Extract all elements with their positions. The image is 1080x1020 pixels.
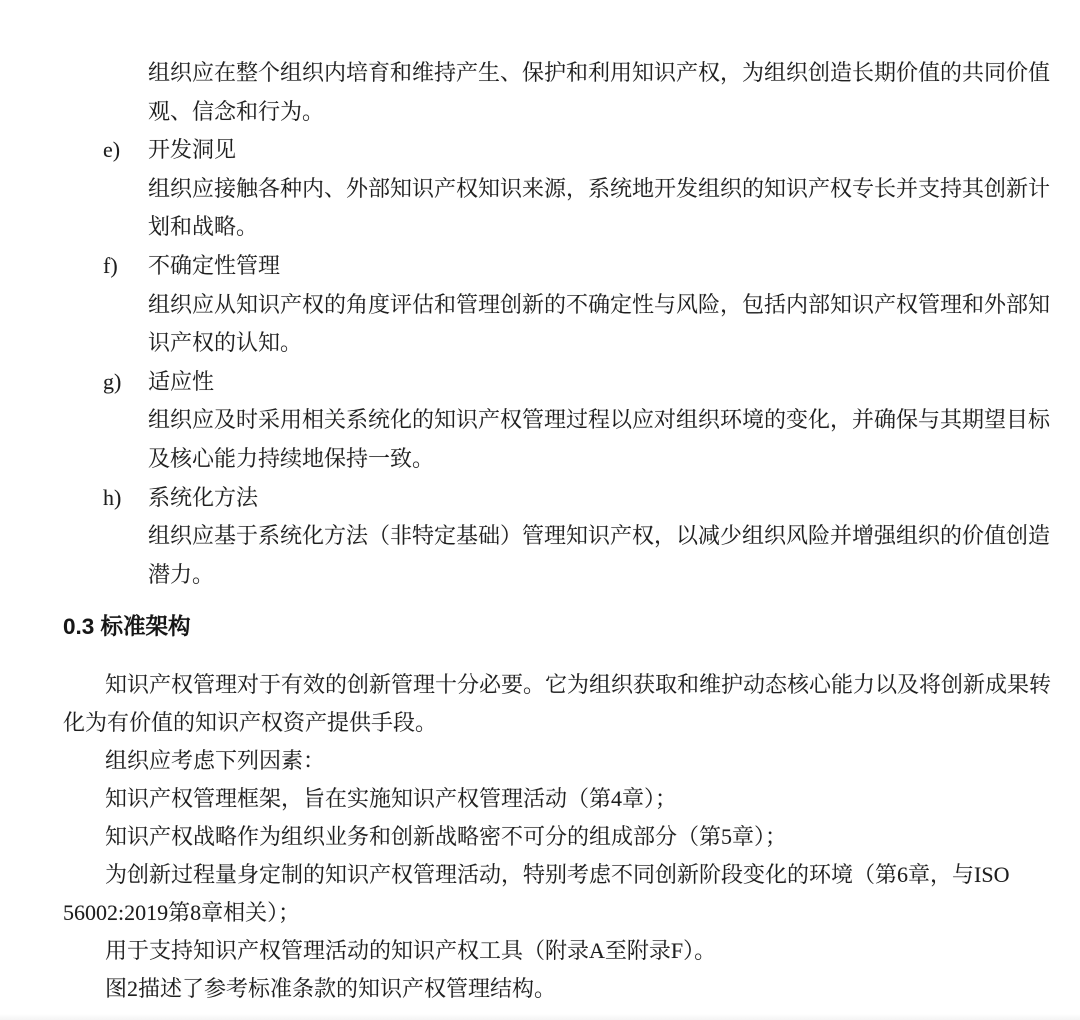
text-line: 组织应基于系统化方法（非特定基础）管理知识产权，以减少组织风险并增强组织的价值创… xyxy=(0,517,1080,556)
text-line: 组织应及时采用相关系统化的知识产权管理过程以应对组织环境的变化，并确保与其期望目… xyxy=(0,401,1080,440)
text-line: 组织应在整个组织内培育和维持产生、保护和利用知识产权，为组织创造长期价值的共同价… xyxy=(0,54,1080,93)
text-line: 观、信念和行为。 xyxy=(0,93,1080,132)
text-line: 组织应接触各种内、外部知识产权知识来源，系统地开发组织的知识产权专长并支持其创新… xyxy=(0,170,1080,209)
text-line: 图2描述了参考标准条款的知识产权管理结构。 xyxy=(0,970,1080,1008)
list-marker-h: h) xyxy=(103,479,148,518)
text-line: 知识产权战略作为组织业务和创新战略密不可分的组成部分（第5章）； xyxy=(0,818,1080,856)
text-line: 潜力。 xyxy=(0,556,1080,595)
document-page: 组织应在整个组织内培育和维持产生、保护和利用知识产权，为组织创造长期价值的共同价… xyxy=(0,0,1080,1020)
text-line: 及核心能力持续地保持一致。 xyxy=(0,440,1080,479)
text-line: 识产权的认知。 xyxy=(0,324,1080,363)
list-item-title: 适应性 xyxy=(148,369,214,394)
text-line: 化为有价值的知识产权资产提供手段。 xyxy=(0,704,1080,742)
text-line: 划和战略。 xyxy=(0,208,1080,247)
list-item-h-title-line: h)系统化方法 xyxy=(0,479,1080,518)
text-line: 为创新过程量身定制的知识产权管理活动，特别考虑不同创新阶段变化的环境（第6章，与… xyxy=(0,856,1080,894)
list-item-title: 开发洞见 xyxy=(148,137,236,162)
list-marker-e: e) xyxy=(103,131,148,170)
section-heading: 0.3 标准架构 xyxy=(0,608,1080,646)
list-item-g-title-line: g)适应性 xyxy=(0,363,1080,402)
list-item-f-title-line: f)不确定性管理 xyxy=(0,247,1080,286)
list-marker-f: f) xyxy=(103,247,148,286)
lettered-list-section: 组织应在整个组织内培育和维持产生、保护和利用知识产权，为组织创造长期价值的共同价… xyxy=(0,54,1080,594)
text-line: 56002:2019第8章相关）； xyxy=(0,894,1080,932)
text-line: 组织应考虑下列因素： xyxy=(0,742,1080,780)
list-marker-g: g) xyxy=(103,363,148,402)
list-item-e-title-line: e)开发洞见 xyxy=(0,131,1080,170)
text-line: 用于支持知识产权管理活动的知识产权工具（附录A至附录F）。 xyxy=(0,932,1080,970)
page-bottom-scan-shadow xyxy=(0,1014,1080,1020)
list-item-title: 系统化方法 xyxy=(148,485,258,510)
section-0-3: 0.3 标准架构 知识产权管理对于有效的创新管理十分必要。它为组织获取和维护动态… xyxy=(0,608,1080,1008)
list-item-title: 不确定性管理 xyxy=(148,253,280,278)
text-line: 知识产权管理对于有效的创新管理十分必要。它为组织获取和维护动态核心能力以及将创新… xyxy=(0,666,1080,704)
text-line: 知识产权管理框架，旨在实施知识产权管理活动（第4章）； xyxy=(0,780,1080,818)
text-line: 组织应从知识产权的角度评估和管理创新的不确定性与风险，包括内部知识产权管理和外部… xyxy=(0,286,1080,325)
